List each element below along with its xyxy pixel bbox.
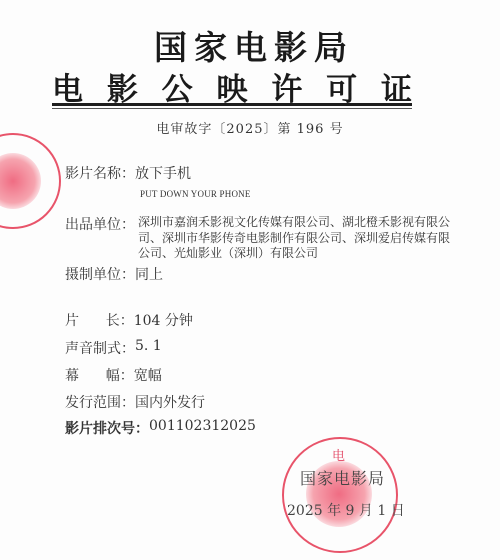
header-divider-thin	[52, 108, 412, 109]
seal-stamp-left	[0, 133, 61, 229]
duration-label: 片 长：	[65, 310, 134, 330]
document-number: 电审故字〔2025〕第 196 号	[0, 118, 500, 137]
production-unit-label: 摄制单位：	[65, 264, 135, 284]
sound-format-value: 5. 1	[135, 338, 162, 358]
film-name-row: 影片名称： 放下手机	[65, 163, 191, 183]
header-divider-thick	[52, 103, 412, 106]
aspect-label: 幕 幅：	[65, 365, 134, 385]
production-unit-row: 摄制单位： 同上	[65, 264, 163, 284]
stamp-date: 2025 年 9 月 1 日	[287, 500, 405, 520]
national-emblem-icon	[0, 153, 41, 209]
seal-stamp-right: 电	[282, 437, 398, 553]
film-name-label: 影片名称：	[65, 163, 135, 183]
producers-row: 出品单位：	[65, 214, 135, 234]
producers-label: 出品单位：	[65, 214, 135, 234]
distribution-scope-value: 国内外发行	[135, 392, 205, 412]
aspect-value: 宽幅	[134, 365, 162, 385]
stamp-top-char: 电	[332, 445, 345, 464]
aspect-row: 幕 幅： 宽幅	[65, 365, 162, 385]
serial-number-row: 影片排次号： 001102312025	[65, 418, 256, 438]
film-english-title: PUT DOWN YOUR PHONE	[140, 189, 251, 199]
distribution-scope-row: 发行范围： 国内外发行	[65, 392, 205, 412]
serial-number-label: 影片排次号：	[65, 418, 149, 438]
stamp-organization: 国家电影局	[300, 466, 385, 489]
sound-format-row: 声音制式： 5. 1	[65, 338, 162, 358]
sound-format-label: 声音制式：	[65, 338, 135, 358]
production-unit-value: 同上	[135, 264, 163, 284]
film-name-value: 放下手机	[135, 163, 191, 183]
duration-value: 104 分钟	[134, 310, 193, 330]
producers-value: 深圳市嘉润禾影视文化传媒有限公司、湖北橙禾影视有限公司、深圳市华影传奇电影制作有…	[138, 215, 456, 262]
issuer-title: 国家电影局	[0, 22, 500, 69]
distribution-scope-label: 发行范围：	[65, 392, 135, 412]
duration-row: 片 长： 104 分钟	[65, 310, 193, 330]
serial-number-value: 001102312025	[149, 418, 256, 438]
